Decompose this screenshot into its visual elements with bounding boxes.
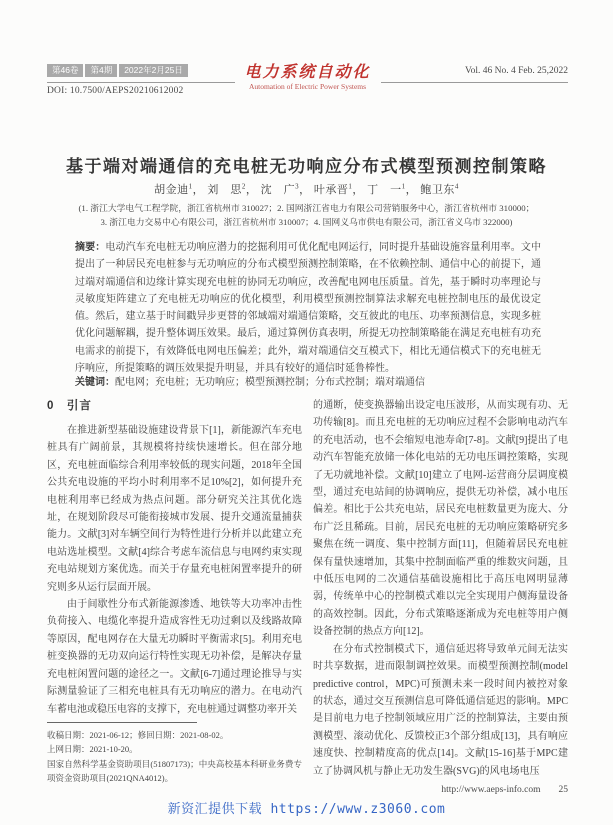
issue-chip: 第4期 (85, 64, 117, 77)
issue-info-box: 第46卷 第4期 2022年2月25日 (47, 64, 188, 77)
page-footer: http://www.aeps-info.com25 (47, 785, 568, 795)
author: 刘 思2， (207, 184, 257, 196)
author-affil-sup: 4 (455, 182, 459, 190)
keywords-block: 关键词：配电网；充电桩；无功响应；模型预测控制；分布式控制；端对端通信 (75, 373, 541, 388)
right-column: 的通断，使变换器输出设定电压波形，从而实现有功、无功传输[8]。而且充电桩的无功… (313, 397, 568, 781)
body-paragraph: 由于间歇性分布式新能源渗透、地铁等大功率冲击性负荷接入、电缆化率提升造成容性无功… (47, 596, 302, 718)
footnote-online-date: 上网日期：2021-10-20。 (47, 742, 302, 757)
journal-name-cn: 电力系统自动化 (244, 62, 370, 82)
author-list: 胡金迪1， 刘 思2， 沈 广3， 叶承晋1， 丁 一1， 鲍卫东4 (40, 181, 573, 197)
page-number: 25 (559, 785, 569, 795)
affiliation-line: 3. 浙江电力交易中心有限公司，浙江省杭州市 310007；4. 国网义乌市供电… (40, 216, 573, 230)
body-paragraph: 在推进新型基础设施建设背景下[1]，新能源汽车充电桩具有广阔前景，其规模将持续快… (47, 422, 302, 596)
section-0-heading: 0 引言 (47, 397, 302, 413)
author: 胡金迪1， (154, 184, 204, 196)
download-watermark: 新资汇提供下载 https://www.z3060.com (0, 798, 613, 817)
volume-info-en: Vol. 46 No. 4 Feb. 25,2022 (465, 66, 568, 76)
author: 鲍卫东4 (420, 184, 459, 196)
footnote-block: 收稿日期：2021-06-12；修回日期：2021-08-02。 上网日期：20… (47, 718, 302, 786)
article-title: 基于端对端通信的充电桩无功响应分布式模型预测控制策略 (40, 152, 573, 177)
journal-name-en: Automation of Electric Power Systems (244, 82, 370, 91)
abstract-text: 电动汽车充电桩无功响应潜力的挖掘利用可优化配电网运行，同时提升基础设施容量利用率… (75, 242, 541, 374)
journal-logo: 电力系统自动化 Automation of Electric Power Sys… (234, 62, 380, 91)
affiliation-line: (1. 浙江大学电气工程学院，浙江省杭州市 310027；2. 国网浙江省电力有… (40, 202, 573, 216)
left-column: 0 引言 在推进新型基础设施建设背景下[1]，新能源汽车充电桩具有广阔前景，其规… (47, 397, 302, 781)
article-body: 0 引言 在推进新型基础设施建设背景下[1]，新能源汽车充电桩具有广阔前景，其规… (47, 397, 568, 781)
affiliations: (1. 浙江大学电气工程学院，浙江省杭州市 310027；2. 国网浙江省电力有… (40, 202, 573, 229)
journal-header: 第46卷 第4期 2022年2月25日 DOI: 10.7500/AEPS202… (47, 62, 568, 106)
doi-text: DOI: 10.7500/AEPS20210612002 (47, 86, 184, 96)
journal-url: http://www.aeps-info.com (441, 785, 540, 795)
author: 沈 广3， (261, 184, 311, 196)
footnote-funding: 国家自然科学基金资助项目(51807173)；中央高校基本科研业务费专项资金资助… (47, 757, 302, 786)
footnote-received-date: 收稿日期：2021-06-12；修回日期：2021-08-02。 (47, 728, 302, 743)
body-paragraph: 的通断，使变换器输出设定电压波形，从而实现有功、无功传输[8]。而且充电桩的无功… (313, 397, 568, 641)
date-chip: 2022年2月25日 (119, 64, 188, 77)
volume-chip: 第46卷 (47, 64, 83, 77)
author: 叶承晋1， (314, 184, 364, 196)
keywords-text: 配电网；充电桩；无功响应；模型预测控制；分布式控制；端对端通信 (115, 377, 425, 388)
footnote-divider (47, 722, 197, 723)
abstract-label: 摘要： (75, 242, 105, 253)
journal-page: 第46卷 第4期 2022年2月25日 DOI: 10.7500/AEPS202… (0, 0, 613, 825)
keywords-label: 关键词： (75, 377, 115, 388)
body-paragraph: 在分布式控制模式下，通信延迟将导致单元间无法实时共享数据，进而限制调控效果。而模… (313, 641, 568, 780)
author: 丁 一1， (367, 184, 417, 196)
abstract-block: 摘要：电动汽车充电桩无功响应潜力的挖掘利用可优化配电网运行，同时提升基础设施容量… (75, 239, 541, 377)
